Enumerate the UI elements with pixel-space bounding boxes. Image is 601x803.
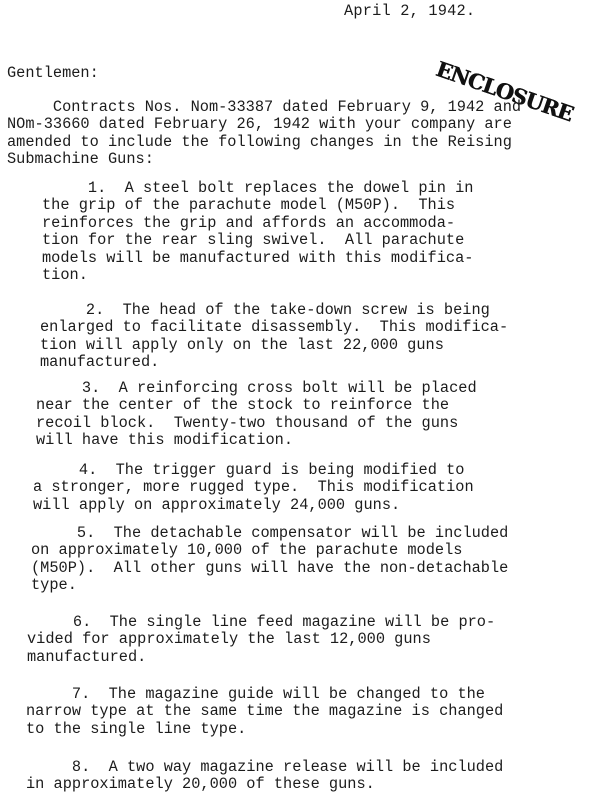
intro-paragraph: Contracts Nos. Nom-33387 dated February … bbox=[7, 99, 521, 169]
change-item-8: 8. A two way magazine release will be in… bbox=[26, 759, 503, 794]
change-item-6: 6. The single line feed magazine will be… bbox=[27, 614, 495, 666]
salutation: Gentlemen: bbox=[7, 64, 99, 82]
change-item-1: 1. A steel bolt replaces the dowel pin i… bbox=[42, 180, 473, 284]
letter-page: April 2, 1942. ENCLOSURE Gentlemen: Cont… bbox=[0, 0, 601, 803]
change-item-7: 7. The magazine guide will be changed to… bbox=[26, 686, 503, 738]
change-item-4: 4. The trigger guard is being modified t… bbox=[33, 462, 474, 514]
letter-date: April 2, 1942. bbox=[344, 2, 475, 20]
change-item-3: 3. A reinforcing cross bolt will be plac… bbox=[36, 380, 477, 450]
change-item-2: 2. The head of the take-down screw is be… bbox=[40, 302, 508, 372]
change-item-5: 5. The detachable compensator will be in… bbox=[31, 525, 508, 595]
